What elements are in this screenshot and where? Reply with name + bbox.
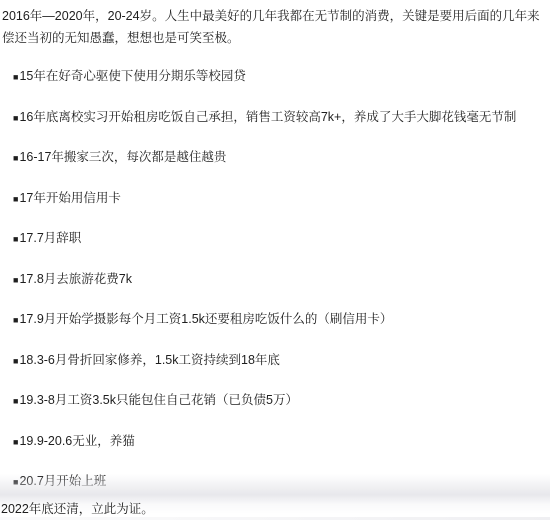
intro-line-1: 2016年—2020年，20-24岁。人生中最美好的几年我都在无节制的消费，关键…	[2, 5, 540, 27]
timeline-item: ■17.7月辞职	[13, 228, 516, 250]
timeline-item-text: 18.3-6月骨折回家修养，1.5k工资持续到18年底	[19, 353, 279, 367]
square-bullet-icon: ■	[13, 437, 18, 447]
square-bullet-icon: ■	[13, 194, 18, 204]
timeline-item-text: 16年底离校实习开始租房吃饭自己承担，销售工资较高7k+，养成了大手大脚花钱毫无…	[19, 110, 516, 124]
timeline-item-text: 17.8月去旅游花费7k	[19, 272, 132, 286]
timeline-list: ■15年在好奇心驱使下使用分期乐等校园贷 ■16年底离校实习开始租房吃饭自己承担…	[13, 66, 516, 493]
square-bullet-icon: ■	[13, 113, 18, 123]
timeline-item-text: 16-17年搬家三次，每次都是越住越贵	[19, 150, 226, 164]
timeline-item: ■19.9-20.6无业，养猫	[13, 431, 516, 453]
timeline-item-text: 15年在好奇心驱使下使用分期乐等校园贷	[19, 69, 245, 83]
timeline-item: ■16-17年搬家三次，每次都是越住越贵	[13, 147, 516, 169]
timeline-item: ■19.3-8月工资3.5k只能包住自己花销（已负债5万）	[13, 390, 516, 412]
post-content: { "page": { "background": "#ffffff", "te…	[0, 0, 550, 520]
timeline-item: ■16年底离校实习开始租房吃饭自己承担，销售工资较高7k+，养成了大手大脚花钱毫…	[13, 107, 516, 129]
timeline-item-text: 17.9月开始学摄影每个月工资1.5k还要租房吃饭什么的（刷信用卡）	[19, 312, 392, 326]
square-bullet-icon: ■	[13, 153, 18, 163]
square-bullet-icon: ■	[13, 356, 18, 366]
timeline-item: ■15年在好奇心驱使下使用分期乐等校园贷	[13, 66, 516, 88]
timeline-item: ■17.8月去旅游花费7k	[13, 269, 516, 291]
square-bullet-icon: ■	[13, 396, 18, 406]
square-bullet-icon: ■	[13, 315, 18, 325]
timeline-item-text: 20.7月开始上班	[19, 474, 106, 488]
square-bullet-icon: ■	[13, 477, 18, 487]
square-bullet-icon: ■	[13, 234, 18, 244]
closing-statement: 2022年底还清，立此为证。	[1, 499, 154, 520]
timeline-item: ■17.9月开始学摄影每个月工资1.5k还要租房吃饭什么的（刷信用卡）	[13, 309, 516, 331]
intro-paragraph: 2016年—2020年，20-24岁。人生中最美好的几年我都在无节制的消费，关键…	[2, 5, 540, 49]
timeline-item-text: 19.9-20.6无业，养猫	[19, 434, 134, 448]
timeline-item-text: 19.3-8月工资3.5k只能包住自己花销（已负债5万）	[19, 393, 298, 407]
square-bullet-icon: ■	[13, 72, 18, 82]
intro-line-2: 偿还当初的无知愚蠢，想想也是可笑至极。	[2, 27, 540, 49]
timeline-item: ■17年开始用信用卡	[13, 188, 516, 210]
square-bullet-icon: ■	[13, 275, 18, 285]
timeline-item-text: 17.7月辞职	[19, 231, 81, 245]
timeline-item: ■20.7月开始上班	[13, 471, 516, 493]
timeline-item: ■18.3-6月骨折回家修养，1.5k工资持续到18年底	[13, 350, 516, 372]
timeline-item-text: 17年开始用信用卡	[19, 191, 120, 205]
